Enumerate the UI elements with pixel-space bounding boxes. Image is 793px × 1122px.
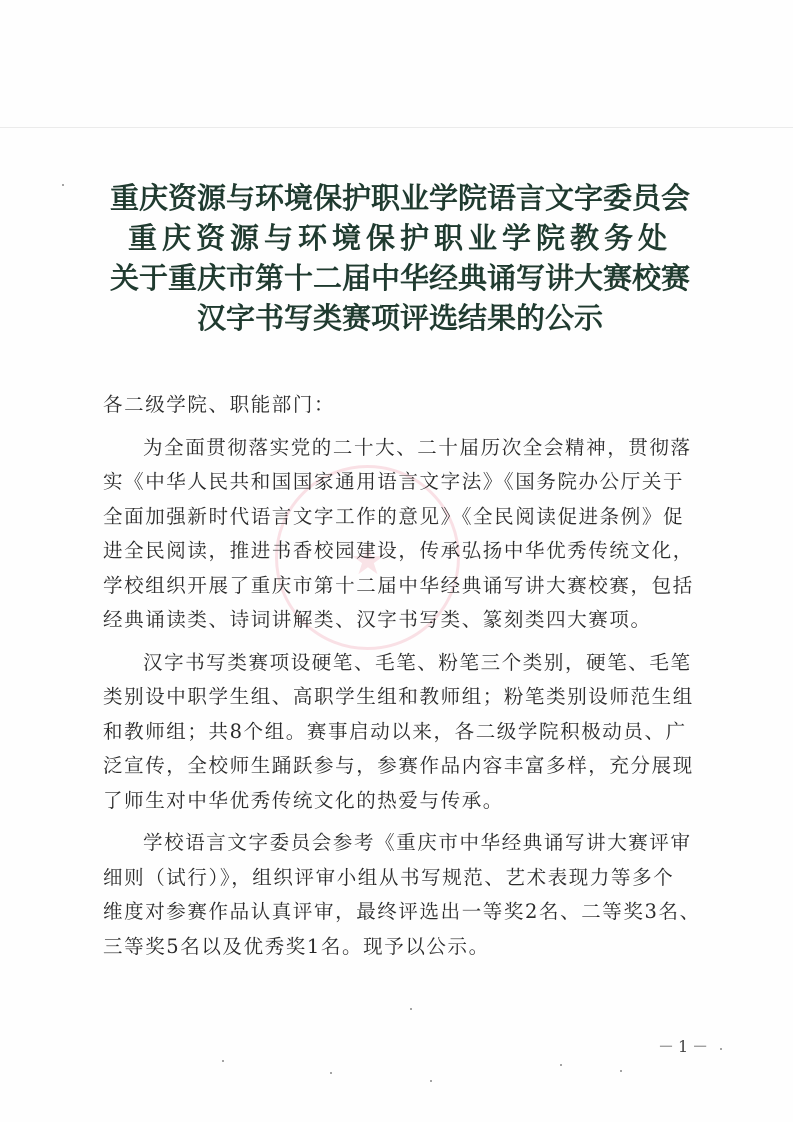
scan-speck <box>410 1008 412 1010</box>
scan-artifact-line <box>0 127 793 128</box>
paragraph-line: 汉字书写类赛项设硬笔、毛笔、粉笔三个类别，硬笔、毛笔 <box>103 646 703 681</box>
document-page: ★ 重庆资源与环境保护职业学院语言文字委员会 重庆资源与环境保护职业学院教务处 … <box>0 0 793 1122</box>
paragraph-3: 学校语言文字委员会参考《重庆市中华经典诵写讲大赛评审 细则（试行）》，组织评审小… <box>103 826 703 964</box>
paragraph-line: 进全民阅读，推进书香校园建设，传承弘扬中华优秀传统文化， <box>103 534 703 569</box>
paragraph-line: 实《中华人民共和国国家通用语言文字法》《国务院办公厅关于 <box>103 465 703 500</box>
paragraph-2: 汉字书写类赛项设硬笔、毛笔、粉笔三个类别，硬笔、毛笔 类别设中职学生组、高职学生… <box>103 646 703 819</box>
paragraph-line: 经典诵读类、诗词讲解类、汉字书写类、篆刻类四大赛项。 <box>103 603 703 638</box>
paragraph-line: 为全面贯彻落实党的二十大、二十届历次全会精神，贯彻落 <box>103 431 703 466</box>
paragraph-line: 类别设中职学生组、高职学生组和教师组；粉笔类别设师范生组 <box>103 680 703 715</box>
scan-speck <box>720 1048 722 1050</box>
document-body: 各二级学院、职能部门： 为全面贯彻落实党的二十大、二十届历次全会精神，贯彻落 实… <box>103 388 703 964</box>
scan-speck <box>222 1060 224 1062</box>
paragraph-line: 细则（试行）》，组织评审小组从书写规范、艺术表现力等多个 <box>103 861 703 896</box>
title-line-3: 关于重庆市第十二届中华经典诵写讲大赛校赛 <box>100 258 700 298</box>
scan-speck <box>620 1070 622 1072</box>
paragraph-line: 学校组织开展了重庆市第十二届中华经典诵写讲大赛校赛，包括 <box>103 569 703 604</box>
paragraph-line: 全面加强新时代语言文字工作的意见》《全民阅读促进条例》促 <box>103 500 703 535</box>
salutation: 各二级学院、职能部门： <box>103 388 703 423</box>
paragraph-line: 学校语言文字委员会参考《重庆市中华经典诵写讲大赛评审 <box>103 826 703 861</box>
paragraph-line: 泛宣传，全校师生踊跃参与，参赛作品内容丰富多样，充分展现 <box>103 749 703 784</box>
scan-speck <box>560 1064 562 1066</box>
scan-speck <box>330 1072 332 1074</box>
title-line-4: 汉字书写类赛项评选结果的公示 <box>100 298 700 338</box>
paragraph-line: 维度对参赛作品认真评审，最终评选出一等奖2名、二等奖3名、 <box>103 895 703 930</box>
paragraph-1: 为全面贯彻落实党的二十大、二十届历次全会精神，贯彻落 实《中华人民共和国国家通用… <box>103 431 703 638</box>
paragraph-line: 了师生对中华优秀传统文化的热爱与传承。 <box>103 784 703 819</box>
title-line-2: 重庆资源与环境保护职业学院教务处 <box>100 218 700 258</box>
document-title: 重庆资源与环境保护职业学院语言文字委员会 重庆资源与环境保护职业学院教务处 关于… <box>100 178 700 338</box>
scan-speck <box>430 1080 432 1082</box>
paragraph-line: 和教师组；共8个组。赛事启动以来，各二级学院积极动员、广 <box>103 715 703 750</box>
title-line-1: 重庆资源与环境保护职业学院语言文字委员会 <box>100 178 700 218</box>
page-number: －1－ <box>658 1034 712 1057</box>
scan-speck <box>62 184 64 186</box>
paragraph-line: 三等奖5名以及优秀奖1名。现予以公示。 <box>103 930 703 965</box>
